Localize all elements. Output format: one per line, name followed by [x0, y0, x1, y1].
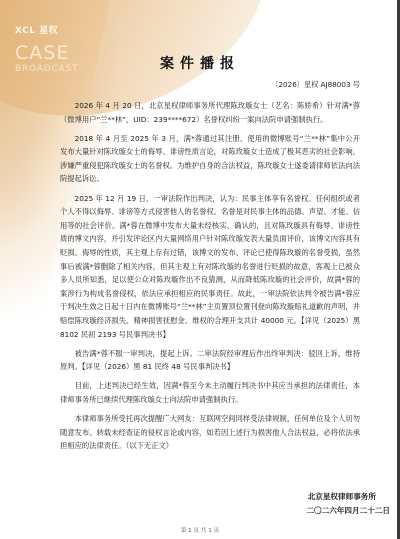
- page-footer: 第 1 页 共 1 页: [0, 526, 400, 534]
- signature-block: 北京星权律师事务所 二〇二六年四月二十二日: [306, 490, 390, 517]
- document-title: 案件播报: [160, 53, 280, 73]
- signature-date: 二〇二六年四月二十二日: [306, 504, 390, 518]
- brand-case-text: CASE: [15, 44, 78, 63]
- paragraph-notice: 本律师事务所受托再次提醒广大网友：互联网空间同样受法律规制，任何单位及个人切勿随…: [60, 412, 360, 453]
- brand-block: XCL 星权 CASE BROADCAST: [15, 23, 78, 74]
- brand-logo: XCL 星权: [15, 23, 78, 36]
- signature-org: 北京星权律师事务所: [306, 490, 390, 504]
- paragraph-intro: 2026 年 4 月 20 日，北京星权律师事务所代理陈玫璇女士（艺名：陈娇希）…: [60, 99, 360, 126]
- brand-subtitle: BROADCAST: [15, 65, 78, 74]
- paragraph-enforcement: 目前，上述判决已经生效，因满*蓉至今未主动履行判决书中其应当承担的法律责任，本律…: [60, 379, 360, 406]
- paragraph-appeal: 被告满*蓉不服一审判决，提起上诉。二审法院经审理后作出终审判决：驳回上诉，维持原…: [60, 347, 360, 374]
- document-body: 2026 年 4 月 20 日，北京星权律师事务所代理陈玫璇女士（艺名：陈娇希）…: [60, 99, 360, 458]
- paragraph-background: 2018 年 4 月至 2025 年 3 月，满*蓉通过其注册、使用的微博账号“…: [60, 132, 360, 186]
- paragraph-first-instance: 2025 年 12 月 19 日，一审法院作出判决，认为：民事主体享有名誉权。任…: [60, 192, 360, 342]
- document-number: 〔2026〕星权 AJ88003 号: [271, 80, 360, 90]
